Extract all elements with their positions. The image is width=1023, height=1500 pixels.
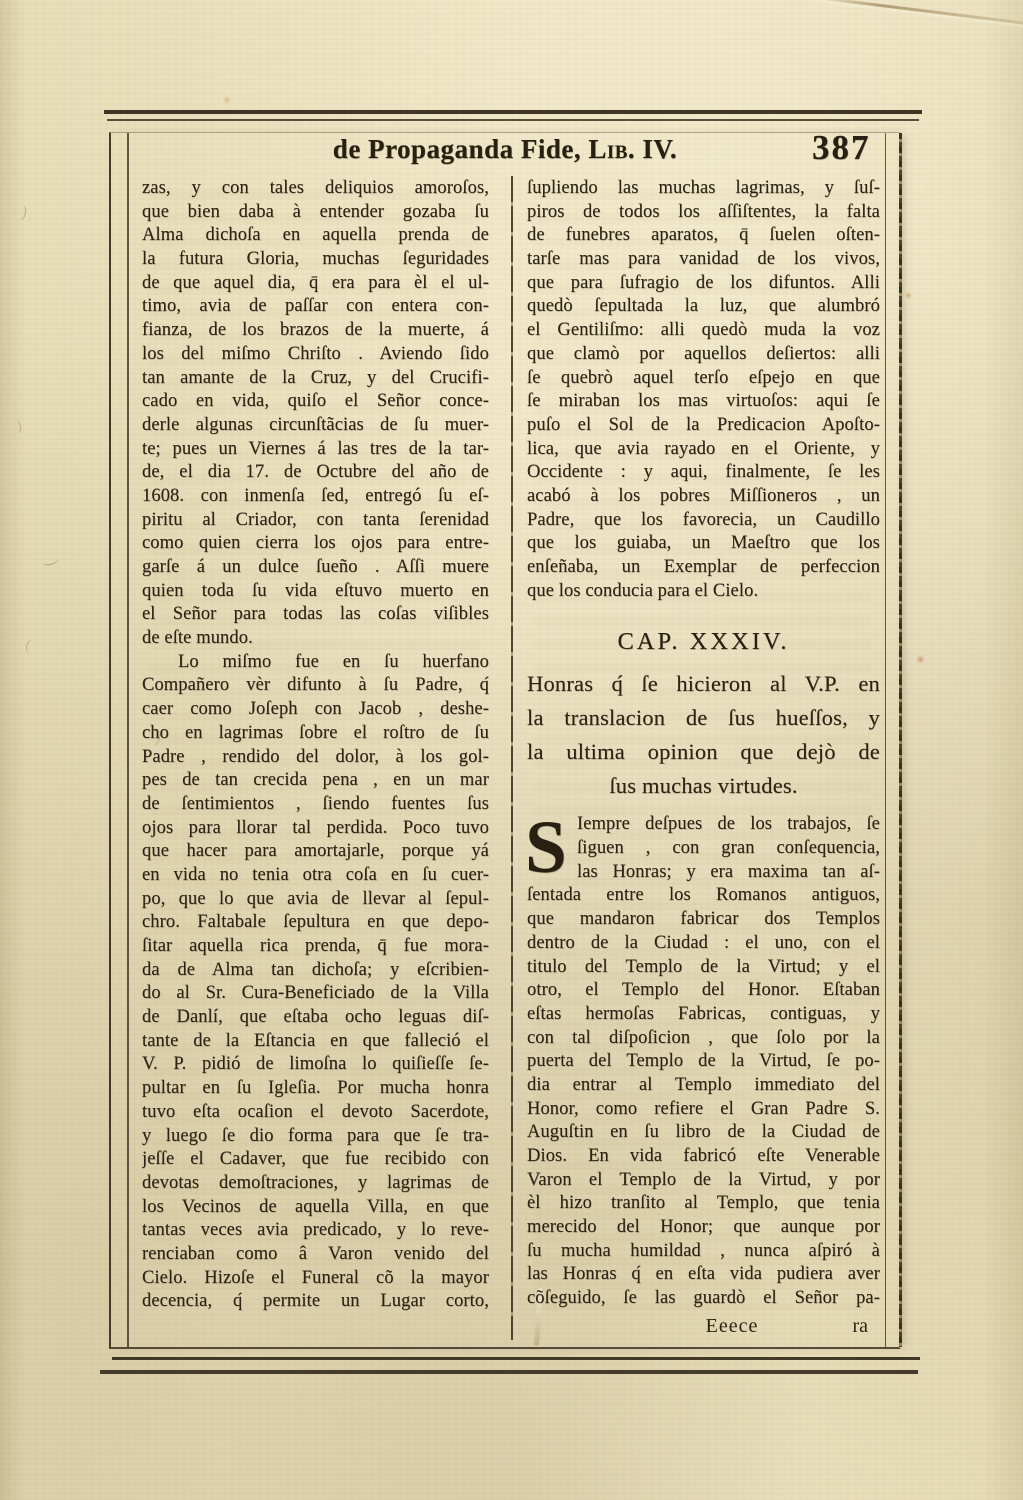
text-line: èl hizo tranſito al Templo, que tenia xyxy=(527,1192,880,1216)
text-line: zas, y con tales deliquios amoroſos, xyxy=(142,177,489,201)
text-line: tarſe mas para vanidad de los vivos, xyxy=(527,248,880,272)
chapter-subtitle: Honras q́ ſe hicieron al V.P. enla trans… xyxy=(527,667,880,803)
margin-mark xyxy=(15,204,27,221)
text-line: que mandaron fabricar dos Templos xyxy=(527,908,880,932)
text-line: te; pues un Viernes á las tres de la tar… xyxy=(142,438,489,462)
text-line: las Honras; y era maxima tan aſ- xyxy=(577,861,880,885)
text-line: tante de la Eſtancia en que falleció el xyxy=(142,1030,489,1054)
text-line: lica, que avia rayado en el Oriente, y xyxy=(527,438,880,462)
catchword: ra xyxy=(852,1313,868,1339)
text-line: titulo del Templo de la Virtud; y el xyxy=(527,956,880,980)
top-rule-outer xyxy=(104,110,922,114)
text-line: que los conducia para el Cielo. xyxy=(527,580,880,604)
text-line: tantas veces avia predicado, y lo reve- xyxy=(142,1219,489,1243)
frame-rule-right-outer xyxy=(899,133,902,1347)
text-line: que los guiaba, un Maeſtro que los xyxy=(527,532,880,556)
text-line: ojos para llorar tal perdida. Poco tuvo xyxy=(142,817,489,841)
text-line: la translacion de ſus hueſſos, y xyxy=(527,701,880,735)
text-line: quedò ſepultada la luz, que alumbró xyxy=(527,295,880,319)
text-line: de que aquel dia, q̄ era para èl el ul- xyxy=(142,272,489,296)
text-line: piros de todos los aſſiſtentes, la falta xyxy=(527,201,880,225)
text-line: pultar en ſu Igleſia. Por mucha honra xyxy=(142,1077,489,1101)
text-line: Honor, como refiere el Gran Padre S. xyxy=(527,1098,880,1122)
text-line: Padre, que los favorecia, un Caudillo xyxy=(527,509,880,533)
text-line: otro, el Templo del Honor. Eſtaban xyxy=(527,979,880,1003)
text-line: dia entrar al Templo immediato del xyxy=(527,1074,880,1098)
text-line: cado en vida, quiſo el Señor conce- xyxy=(142,390,489,414)
text-line: que bien daba à entender gozaba ſu xyxy=(142,201,489,225)
text-line: pes de tan crecida pena , en un mar xyxy=(142,769,489,793)
text-line: Cielo. Hizoſe el Funeral cõ la mayor xyxy=(142,1267,489,1291)
text-line: Dios. En vida fabricó eſte Venerable xyxy=(527,1145,880,1169)
running-head-book: Lib. IV. xyxy=(588,134,677,164)
text-line: la ultima opinion que dejò de xyxy=(527,735,880,769)
text-line: caer como Joſeph con Jacob , deshe- xyxy=(142,698,489,722)
running-head-main: de Propaganda Fide, xyxy=(333,134,589,164)
text-line: puerta del Templo de la Virtud, ſe po- xyxy=(527,1050,880,1074)
text-line: V. P. pidió de limoſna lo quiſieſſe ſe- xyxy=(142,1053,489,1077)
text-line: tuvo eſta ocaſion el devoto Sacerdote, xyxy=(142,1101,489,1125)
text-line: Lo miſmo fue en ſu huerfano xyxy=(142,651,489,675)
text-line: de funebres aparatos, q̄ ſuelen oſten- xyxy=(527,224,880,248)
text-line: enſeñaba, un Exemplar de perfeccion xyxy=(527,556,880,580)
text-line: Iempre deſpues de los trabajos, ſe xyxy=(577,813,880,837)
text-line: timo, avia de paſſar con entera con- xyxy=(142,295,489,319)
text-line: los Vecinos de aquella Villa, en que xyxy=(142,1196,489,1220)
margin-mark xyxy=(11,420,21,435)
text-line: los del miſmo Chriſto . Aviendo ſido xyxy=(142,343,489,367)
text-line: Compañero vèr difunto à ſu Padre, q́ xyxy=(142,674,489,698)
text-line: garſe á un dulce ſueño . Aſſi muere xyxy=(142,556,489,580)
text-line: fianza, de los brazos de la muerte, á xyxy=(142,319,489,343)
frame-rule-left-inner xyxy=(127,133,129,1347)
paper-crease xyxy=(813,0,1023,27)
paper-stain xyxy=(222,96,232,104)
text-line: cõſeguido, ſe las guardò el Señor pa- xyxy=(527,1287,880,1311)
text-line: ſe miraban los mas virtuoſos: aqui ſe xyxy=(527,390,880,414)
drop-cap: S xyxy=(525,816,567,880)
text-line: acabó à los pobres Miſſioneros , un xyxy=(527,485,880,509)
bottom-rule-outer xyxy=(100,1370,918,1374)
text-line: Alma dichoſa en aquella prenda de xyxy=(142,224,489,248)
text-line: de eſte mundo. xyxy=(142,627,489,651)
right-column: ſupliendo las muchas lagrimas, y ſuſ-pir… xyxy=(527,177,880,1339)
text-line: el Gentiliſmo: alli quedò muda la voz xyxy=(527,319,880,343)
text-line: po, que lo que avia de llevar al ſepul- xyxy=(142,888,489,912)
text-line: con tal diſpoſicion , que ſolo por la xyxy=(527,1027,880,1051)
text-line: do al Sr. Cura-Beneficiado de la Villa xyxy=(142,982,489,1006)
left-paragraph-1: zas, y con tales deliquios amoroſos,que … xyxy=(142,177,489,651)
margin-mark xyxy=(41,554,59,567)
text-line: puſo el Sol de la Predicacion Apoſto- xyxy=(527,414,880,438)
text-line: Varon el Templo de la Virtud, y por xyxy=(527,1169,880,1193)
signature-mark: Eeece xyxy=(647,1313,817,1339)
column-divider-rule xyxy=(511,176,513,1340)
text-line: piritu al Criador, con tanta ſerenidad xyxy=(142,509,489,533)
margin-mark xyxy=(25,639,38,655)
book-page-scan: de Propaganda Fide, Lib. IV. 387 zas, y … xyxy=(0,0,1023,1500)
frame-rule-right-inner xyxy=(885,133,887,1347)
text-line: las Honras q́ en eſta vida pudiera aver xyxy=(527,1263,880,1287)
text-line: en vida no tenia otra coſa en ſu cuer- xyxy=(142,864,489,888)
paper-stain xyxy=(916,655,925,664)
text-line: devotas demoſtraciones, y lagrimas de xyxy=(142,1172,489,1196)
running-head: de Propaganda Fide, Lib. IV. xyxy=(130,134,880,174)
text-line: derle algunas circunſtãcias de ſu muer- xyxy=(142,414,489,438)
text-line: 1608. con inmenſa ſed, entregó ſu eſ- xyxy=(142,485,489,509)
text-line: tan amante de la Cruz, y del Crucifi- xyxy=(142,367,489,391)
text-line: ſiguen , con gran conſequencia, xyxy=(577,837,880,861)
text-line: Padre , rendido del dolor, à los gol- xyxy=(142,746,489,770)
text-line: merecido del Honor; que aunque por xyxy=(527,1216,880,1240)
text-line: jeſſe el Cadaver, que fue recibido con xyxy=(142,1148,489,1172)
text-line: chro. Faltabale ſepultura en que depo- xyxy=(142,911,489,935)
top-rule-inner xyxy=(107,119,919,121)
bottom-rule-inner xyxy=(112,1357,920,1360)
left-paragraph-2: Lo miſmo fue en ſu huerfanoCompañero vèr… xyxy=(142,651,489,1314)
text-line: renciaban como â Varon venido del xyxy=(142,1243,489,1267)
text-line: que hacer para amortajarle, porque yá xyxy=(142,840,489,864)
text-line: decencia, q́ permite un Lugar corto, xyxy=(142,1290,489,1314)
text-line: la futura Gloria, muchas ſeguridades xyxy=(142,248,489,272)
text-line: cho en lagrimas ſobre el roſtro de ſu xyxy=(142,722,489,746)
right-paragraph-1: ſupliendo las muchas lagrimas, y ſuſ-pir… xyxy=(527,177,880,603)
signature-line: Eeece ra xyxy=(527,1313,880,1339)
text-line: ſus muchas virtudes. xyxy=(527,769,880,803)
left-column: zas, y con tales deliquios amoroſos,que … xyxy=(142,177,489,1314)
chapter-heading: CAP. XXXIV. xyxy=(527,627,880,657)
text-line: Honras q́ ſe hicieron al V.P. en xyxy=(527,667,880,701)
text-line: quien toda ſu vida eſtuvo muerto en xyxy=(142,580,489,604)
text-line: como quien cierra los ojos para entre- xyxy=(142,532,489,556)
paper-stain xyxy=(905,292,912,299)
text-line: ſitar aquella rica prenda, q̄ fue mora- xyxy=(142,935,489,959)
text-line: Occidente : y aqui, finalmente, ſe les xyxy=(527,461,880,485)
text-line: que clamò por aquellos deſiertos: alli xyxy=(527,343,880,367)
text-line: ſu mucha humildad , nunca aſpiró à xyxy=(527,1240,880,1264)
text-line: ſupliendo las muchas lagrimas, y ſuſ- xyxy=(527,177,880,201)
text-line: ſe quebrò aquel terſo eſpejo en que xyxy=(527,367,880,391)
text-line: de, el dia 17. de Octubre del año de xyxy=(142,461,489,485)
text-line: eſtas hermoſas Fabricas, contiguas, y xyxy=(527,1003,880,1027)
page-number: 387 xyxy=(812,128,902,174)
text-line: dentro de la Ciudad : el uno, con el xyxy=(527,932,880,956)
text-line: que para ſufragio de los difuntos. Alli xyxy=(527,272,880,296)
text-line: de ſentimientos , ſiendo fuentes ſus xyxy=(142,793,489,817)
text-line: Auguſtin en ſu libro de la Ciudad de xyxy=(527,1121,880,1145)
text-line: ſentada entre los Romanos antiguos, xyxy=(527,884,880,908)
text-line: el Señor para todas las coſas viſibles xyxy=(142,603,489,627)
text-line: de Danlí, que eſtaba ocho leguas diſ- xyxy=(142,1006,489,1030)
text-line: y luego ſe dio forma para que ſe tra- xyxy=(142,1125,489,1149)
text-line: da de Alma tan dichoſa; y eſcribien- xyxy=(142,959,489,983)
right-paragraph-2: S Iempre deſpues de los trabajos, ſeſigu… xyxy=(527,813,880,1310)
